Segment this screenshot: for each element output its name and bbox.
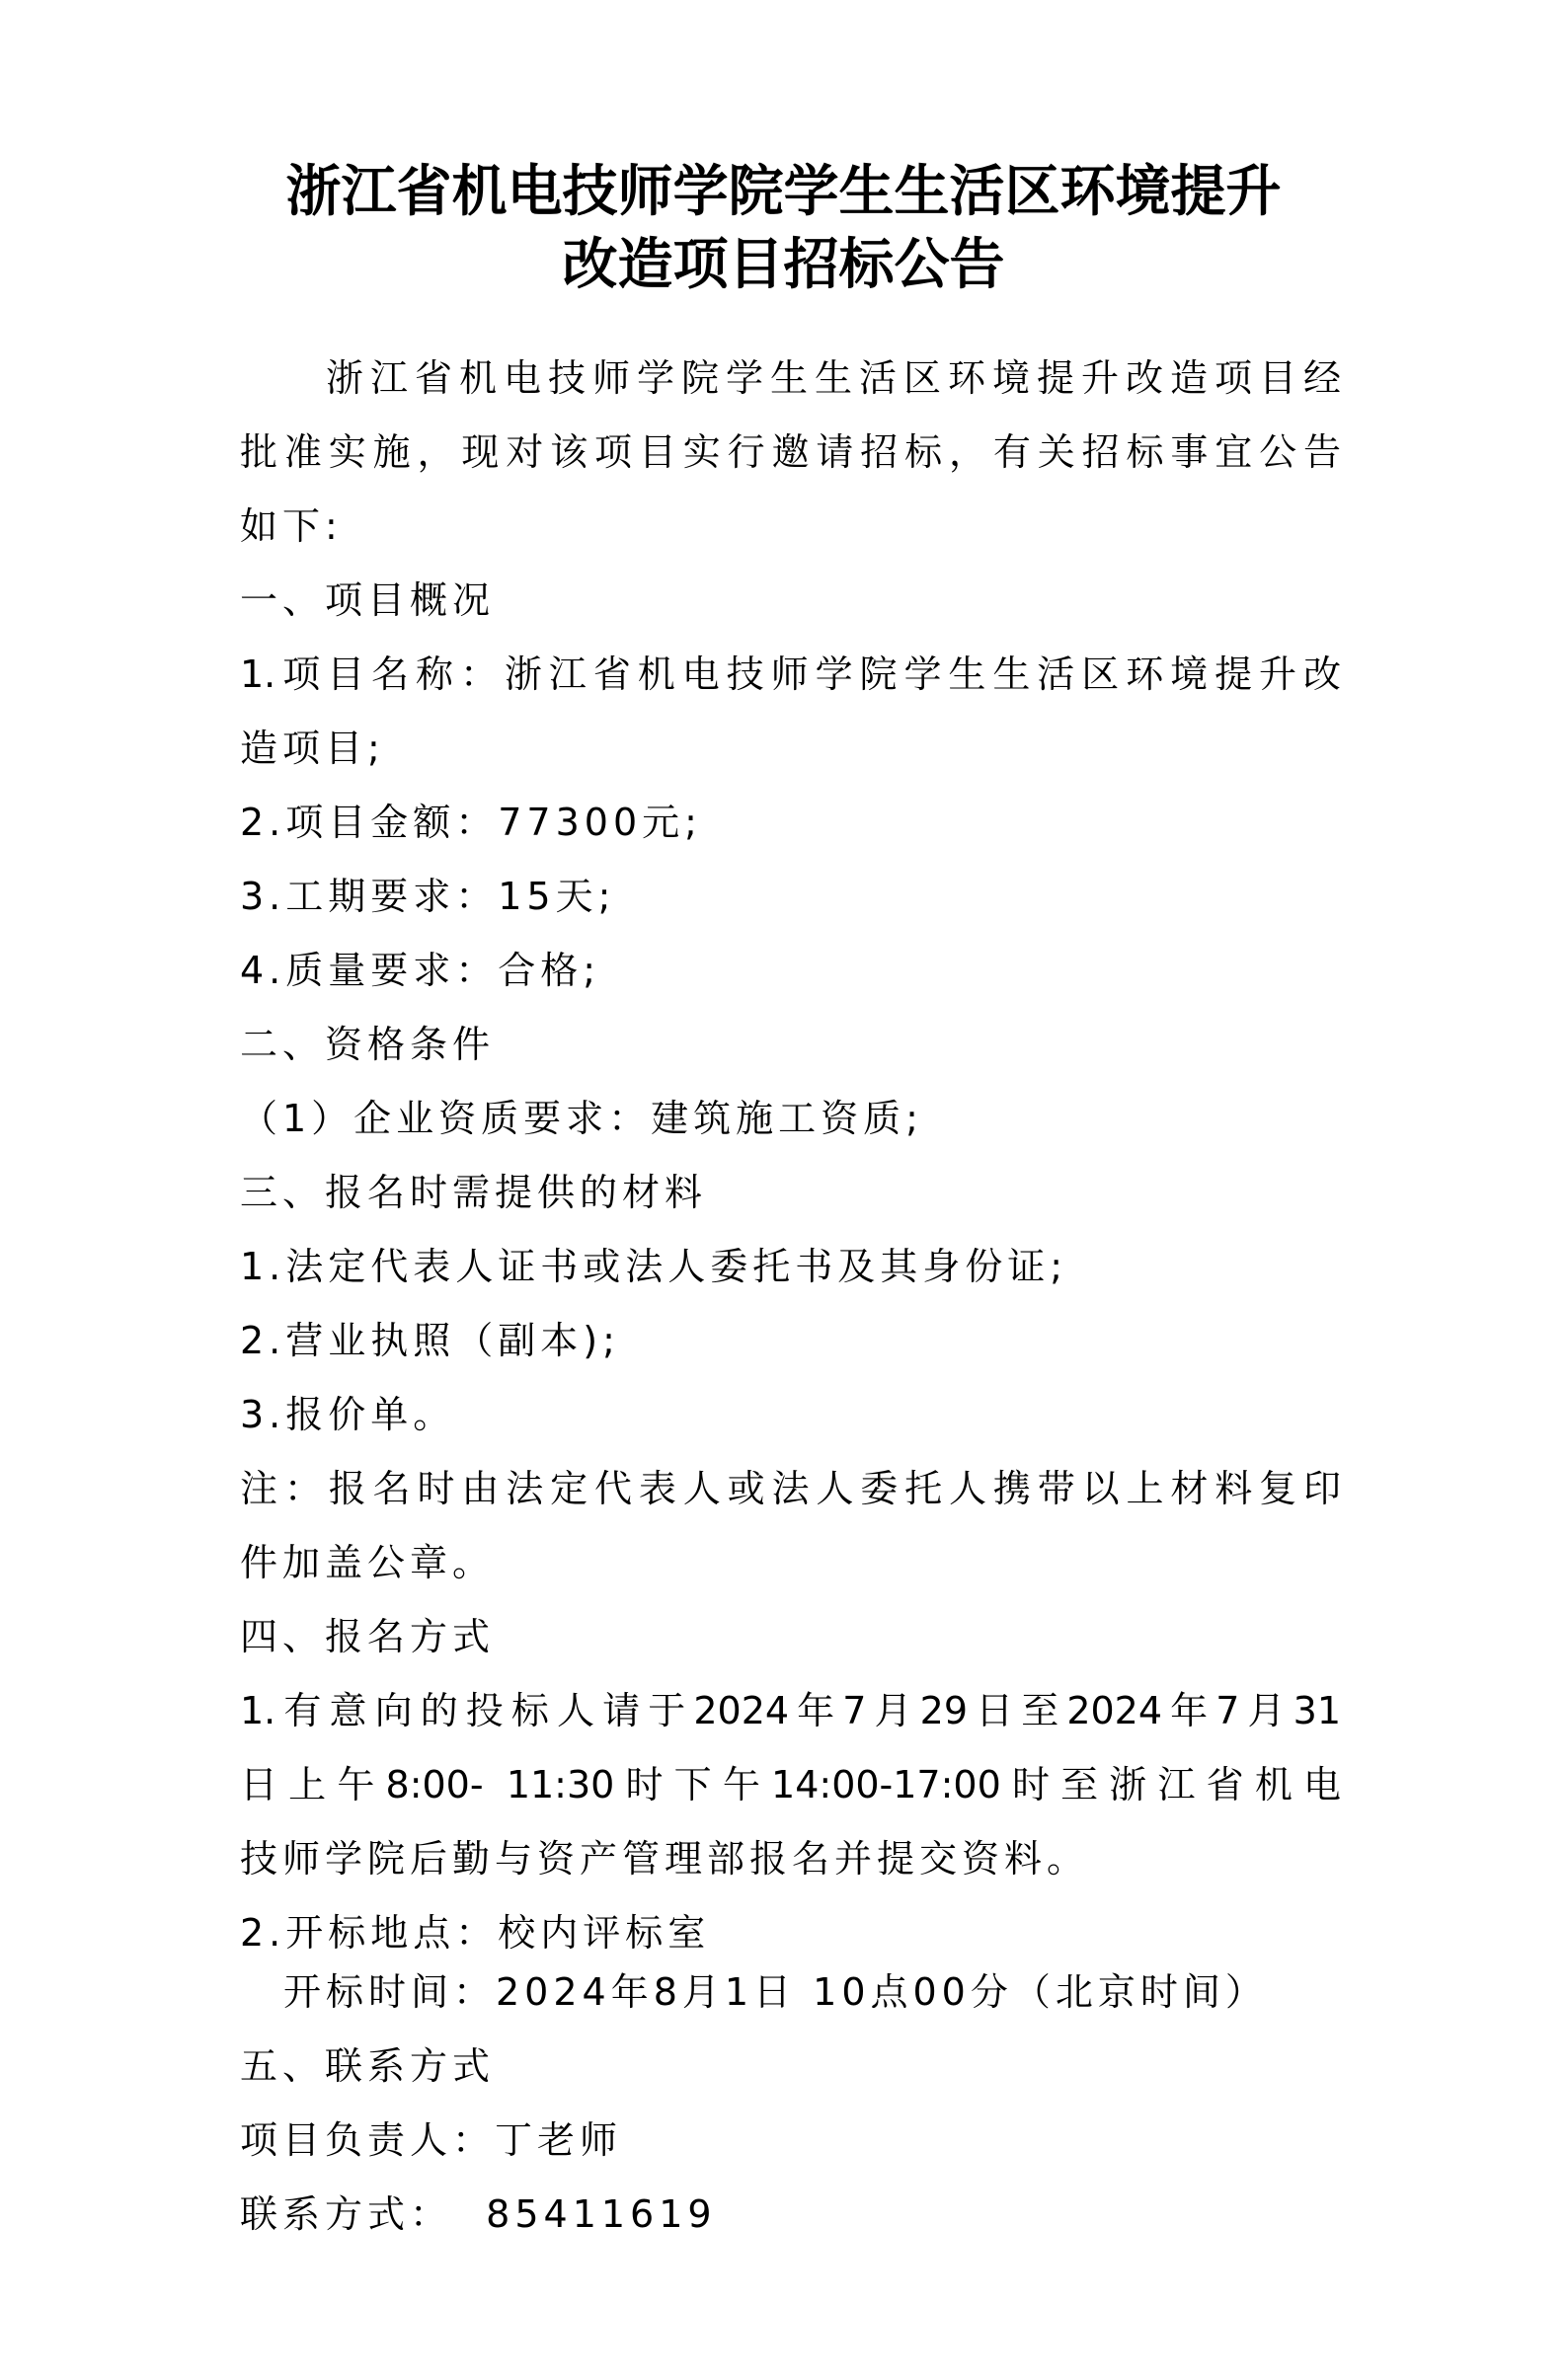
intro-line-2: 批准实施，现对该项目实行邀请招标，有关招标事宜公告 bbox=[240, 424, 1341, 480]
qualification-requirement: （1）企业资质要求：建筑施工资质; bbox=[240, 1091, 1341, 1146]
project-quality: 4.质量要求：合格; bbox=[240, 943, 1341, 998]
registration-line-3: 技师学院后勤与资产管理部报名并提交资料。 bbox=[240, 1831, 1341, 1886]
bid-opening-time: 开标时间：2024年8月1日 10点00分（北京时间） bbox=[283, 1964, 1384, 2020]
material-item-1: 1.法定代表人证书或法人委托书及其身份证; bbox=[240, 1239, 1341, 1294]
materials-note-line-1: 注：报名时由法定代表人或法人委托人携带以上材料复印 bbox=[240, 1461, 1341, 1516]
section-heading-registration: 四、报名方式 bbox=[240, 1609, 1341, 1664]
bid-opening-location: 2.开标地点：校内评标室 bbox=[240, 1905, 1341, 1960]
registration-line-1: 1.有意向的投标人请于2024年7月29日至2024年7月31 bbox=[240, 1683, 1341, 1738]
project-name-line-2: 造项目; bbox=[240, 721, 1341, 776]
intro-line-1: 浙江省机电技师学院学生生活区环境提升改造项目经 bbox=[326, 350, 1341, 406]
material-item-3: 3.报价单。 bbox=[240, 1387, 1341, 1442]
project-name-line-1: 1.项目名称：浙江省机电技师学院学生生活区环境提升改 bbox=[240, 647, 1341, 702]
document-page: 浙江省机电技师学院学生生活区环境提升 改造项目招标公告 浙江省机电技师学院学生生… bbox=[0, 0, 1567, 2380]
document-title-line-2: 改造项目招标公告 bbox=[197, 229, 1370, 300]
material-item-2: 2.营业执照（副本); bbox=[240, 1313, 1341, 1368]
project-duration: 3.工期要求：15天; bbox=[240, 869, 1341, 924]
document-title-line-1: 浙江省机电技师学院学生生活区环境提升 bbox=[197, 156, 1370, 227]
project-amount: 2.项目金额：77300元; bbox=[240, 795, 1341, 850]
materials-note-line-2: 件加盖公章。 bbox=[240, 1535, 1341, 1590]
section-heading-contact: 五、联系方式 bbox=[240, 2038, 1341, 2094]
contact-person: 项目负责人：丁老师 bbox=[240, 2112, 1341, 2168]
section-heading-project-overview: 一、项目概况 bbox=[240, 573, 1341, 628]
contact-phone: 联系方式： 85411619 bbox=[240, 2187, 1341, 2242]
intro-line-3: 如下: bbox=[240, 499, 1341, 554]
section-heading-required-materials: 三、报名时需提供的材料 bbox=[240, 1165, 1341, 1220]
section-heading-qualification: 二、资格条件 bbox=[240, 1017, 1341, 1072]
registration-line-2: 日上午8:00- 11:30时下午14:00-17:00时至浙江省机电 bbox=[240, 1757, 1341, 1812]
